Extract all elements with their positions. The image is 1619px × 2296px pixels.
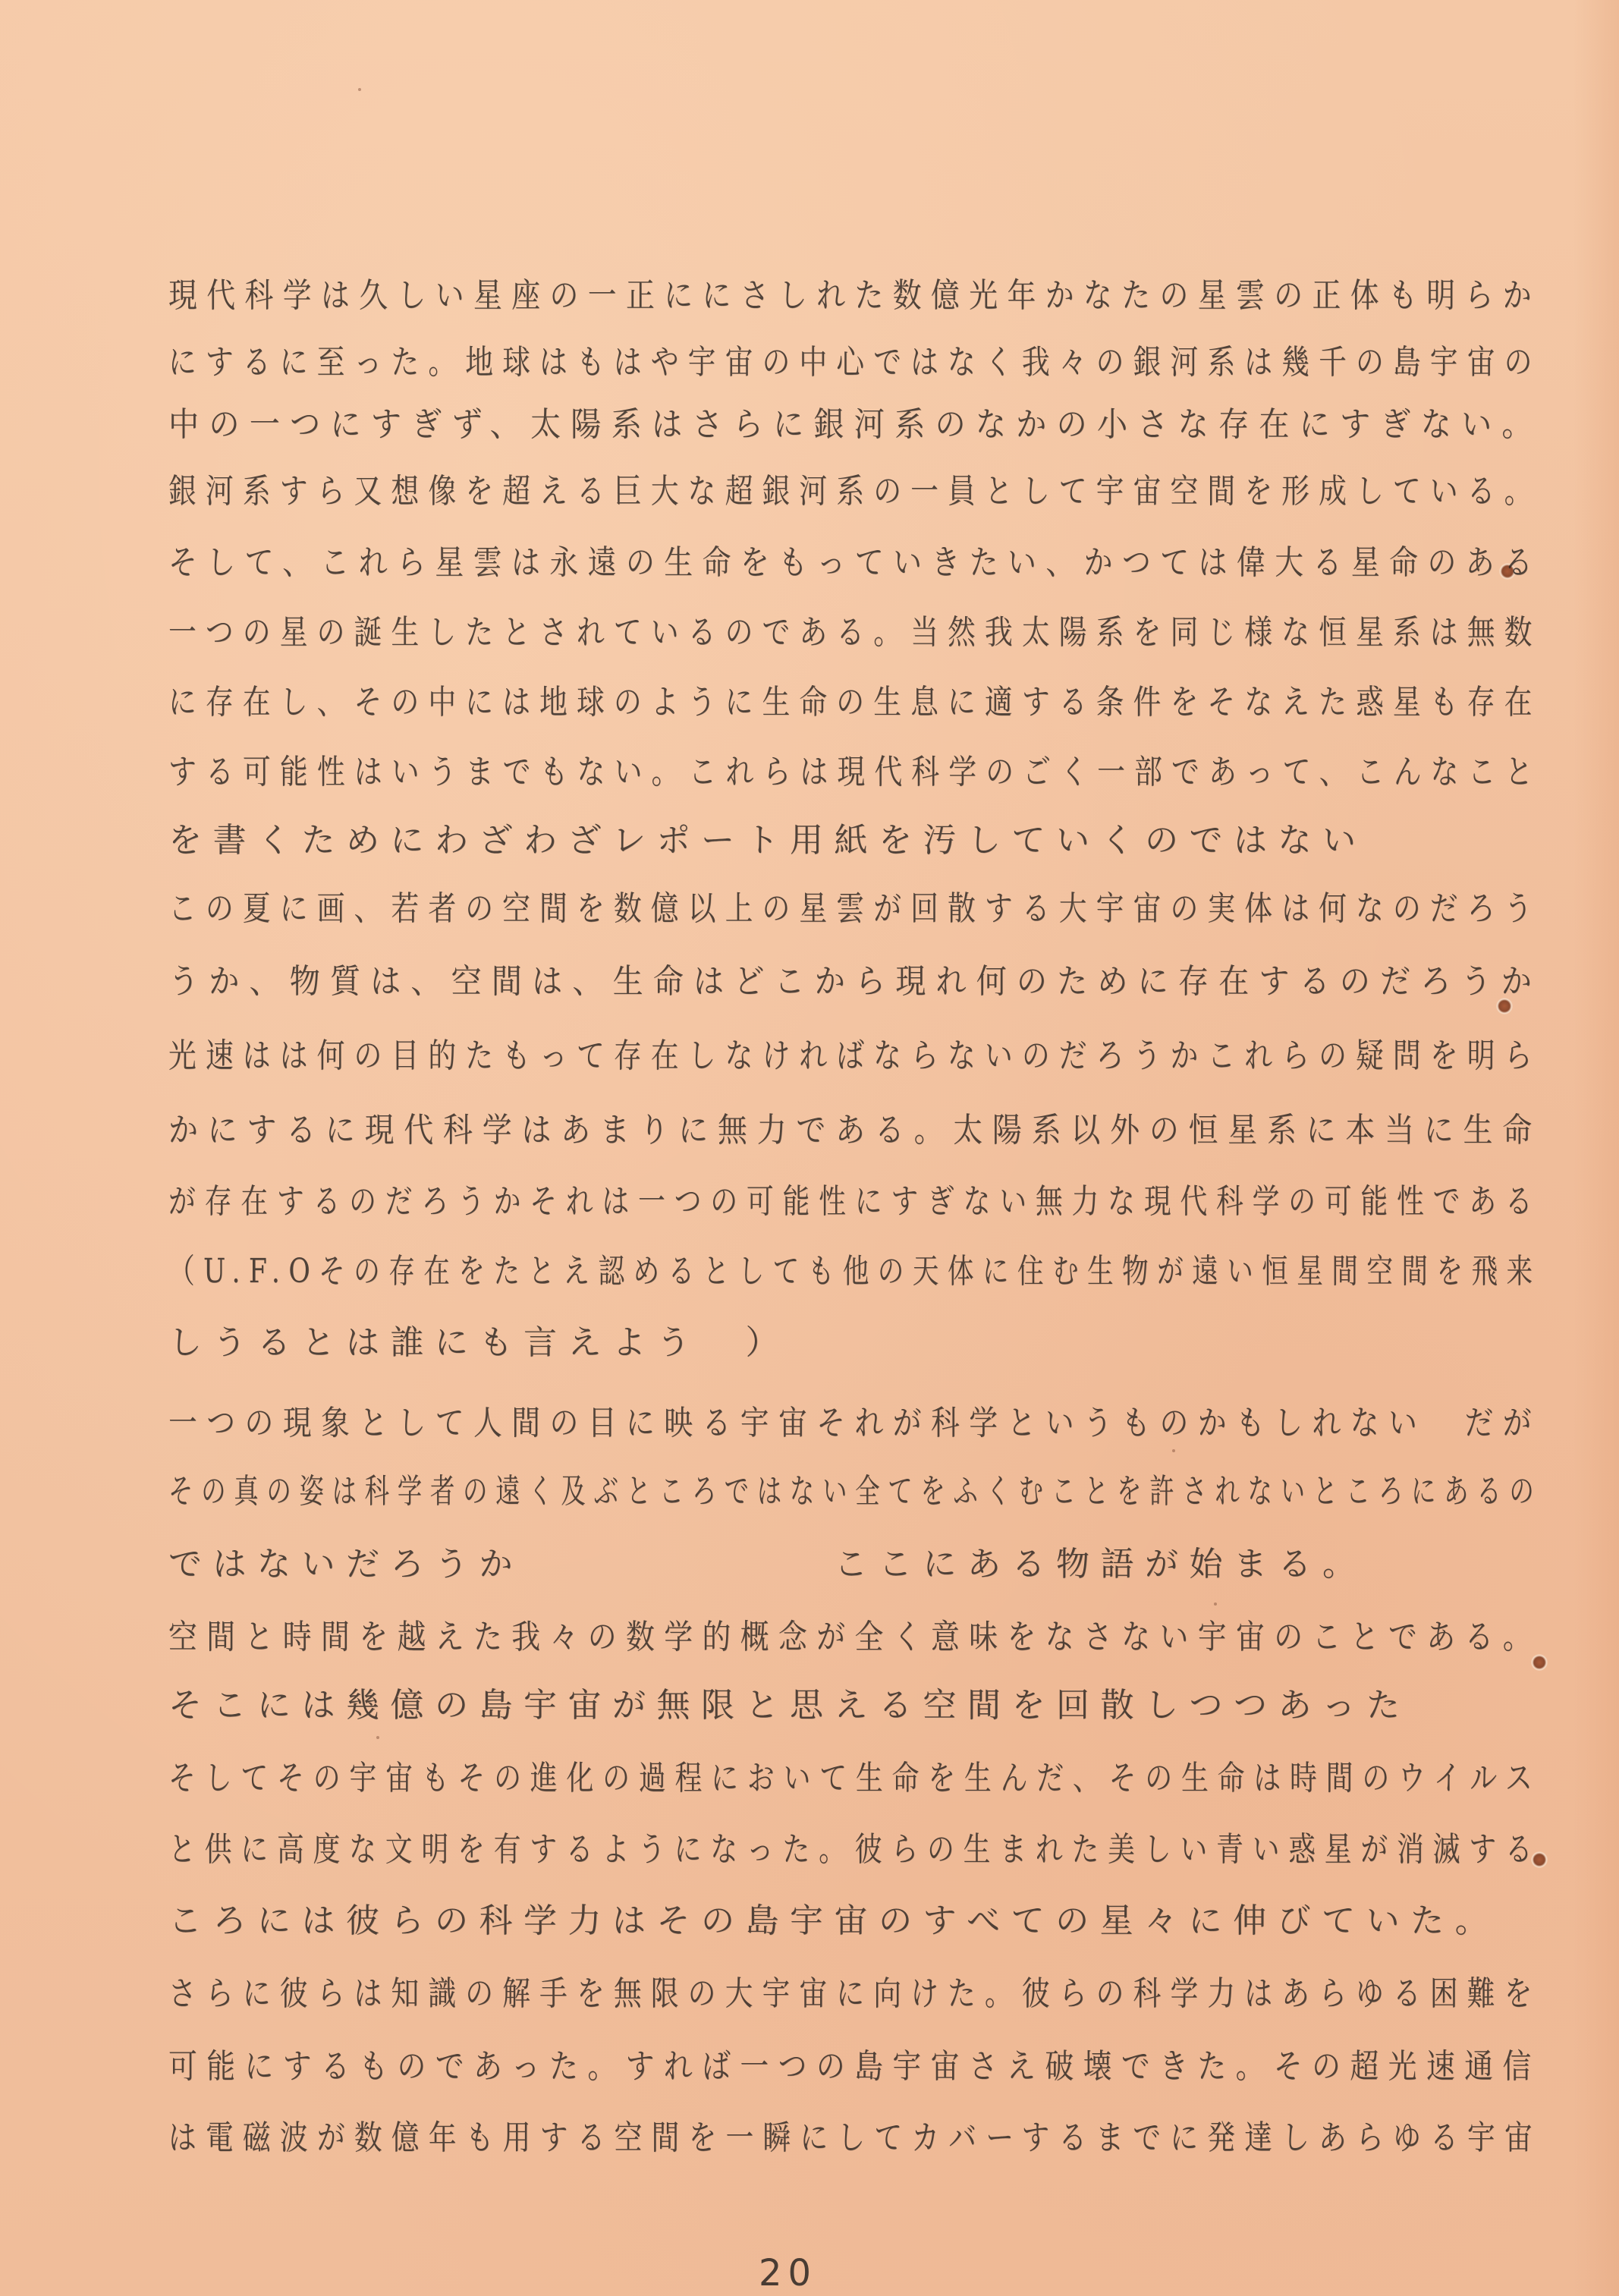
text-line: さらに彼らは知識の解手を無限の大宇宙に向けた。彼らの科学力はあらゆる困難を xyxy=(168,1971,1542,2017)
text-line: ではないだろうか ここにある物語が始まる。 xyxy=(168,1542,1367,1587)
paper-speck xyxy=(1172,1449,1175,1452)
text-line: 一つの現象として人間の目に映る宇宙それが科学というものかもしれない だが xyxy=(168,1401,1541,1446)
paper-speck xyxy=(358,88,361,91)
text-line: そして、これら星雲は永遠の生命をもっていきたい、かつては偉大る星命のある xyxy=(168,540,1542,586)
text-line: 現代科学は久しい星座の一正ににさしれた数億光年かなたの星雲の正体も明らか xyxy=(168,273,1541,319)
text-line: その真の姿は科学者の遠く及ぶところではない全てをふくむことを許されないところにあ… xyxy=(168,1469,1542,1514)
text-line: 空間と時間を越えた我々の数学的概念が全く意味をなさない宇宙のことである。 xyxy=(168,1615,1541,1660)
text-line: 可能にするものであった。すれば一つの島宇宙さえ破壊できた。その超光速通信 xyxy=(168,2044,1541,2090)
text-line: が存在するのだろうかそれは一つの可能性にすぎない無力な現代科学の可能性である xyxy=(168,1179,1542,1225)
page-number: 20 xyxy=(759,2252,817,2294)
text-line: うか、物質は、空間は、生命はどこから現れ何のために存在するのだろうか xyxy=(168,959,1542,1005)
text-line: （U.F.Oその存在をたとえ認めるとしても他の天体に住む生物が遠い恒星間空間を飛… xyxy=(168,1249,1542,1294)
text-line: と供に高度な文明を有するようになった。彼らの生まれた美しい青い惑星が消滅する xyxy=(168,1827,1542,1873)
text-line: 銀河系すら又想像を超える巨大な超銀河系の一員として宇宙空間を形成している。 xyxy=(168,469,1542,514)
text-line: にするに至った。地球はもはや宇宙の中心ではなく我々の銀河系は幾千の島宇宙の xyxy=(168,340,1542,385)
paper-speck xyxy=(1214,1602,1217,1606)
text-line: 光速はは何の目的たもって存在しなければならないのだろうかこれらの疑問を明ら xyxy=(168,1033,1542,1079)
text-line: この夏に画、若者の空間を数億以上の星雲が回散する大宇宙の実体は何なのだろう xyxy=(168,886,1542,932)
paper-edge-shading xyxy=(1573,0,1619,2296)
text-line: ころには彼らの科学力はその島宇宙のすべての星々に伸びていた。 xyxy=(168,1898,1499,1944)
text-line: かにするに現代科学はあまりに無力である。太陽系以外の恒星系に本当に生命 xyxy=(168,1108,1542,1153)
text-line: は電磁波が数億年も用する空間を一瞬にしてカバーするまでに発達しあらゆる宇宙 xyxy=(168,2115,1542,2161)
manuscript-page: 現代科学は久しい星座の一正ににさしれた数億光年かなたの星雲の正体も明らか にする… xyxy=(0,0,1619,2296)
text-line: に存在し、その中には地球のように生命の生息に適する条件をそなえた惑星も存在 xyxy=(168,680,1542,725)
paper-speck xyxy=(376,1736,379,1739)
text-line: そしてその宇宙もその進化の過程において生命を生んだ、その生命は時間のウイルス xyxy=(168,1756,1542,1801)
text-line: 中の一つにすぎず、太陽系はさらに銀河系のなかの小さな存在にすぎない。 xyxy=(168,402,1542,448)
text-line: を書くためにわざわざレポート用紙を汚していくのではない xyxy=(168,818,1367,863)
text-line: そこには幾億の島宇宙が無限と思える空間を回散しつつあった xyxy=(168,1683,1411,1728)
text-line: しうるとは誰にも言えよう ） xyxy=(168,1320,790,1366)
text-line: 一つの星の誕生したとされているのである。当然我太陽系を同じ様な恒星系は無数 xyxy=(168,610,1542,656)
text-line: する可能性はいうまでもない。これらは現代科学のごく一部であって、こんなこと xyxy=(168,750,1542,795)
